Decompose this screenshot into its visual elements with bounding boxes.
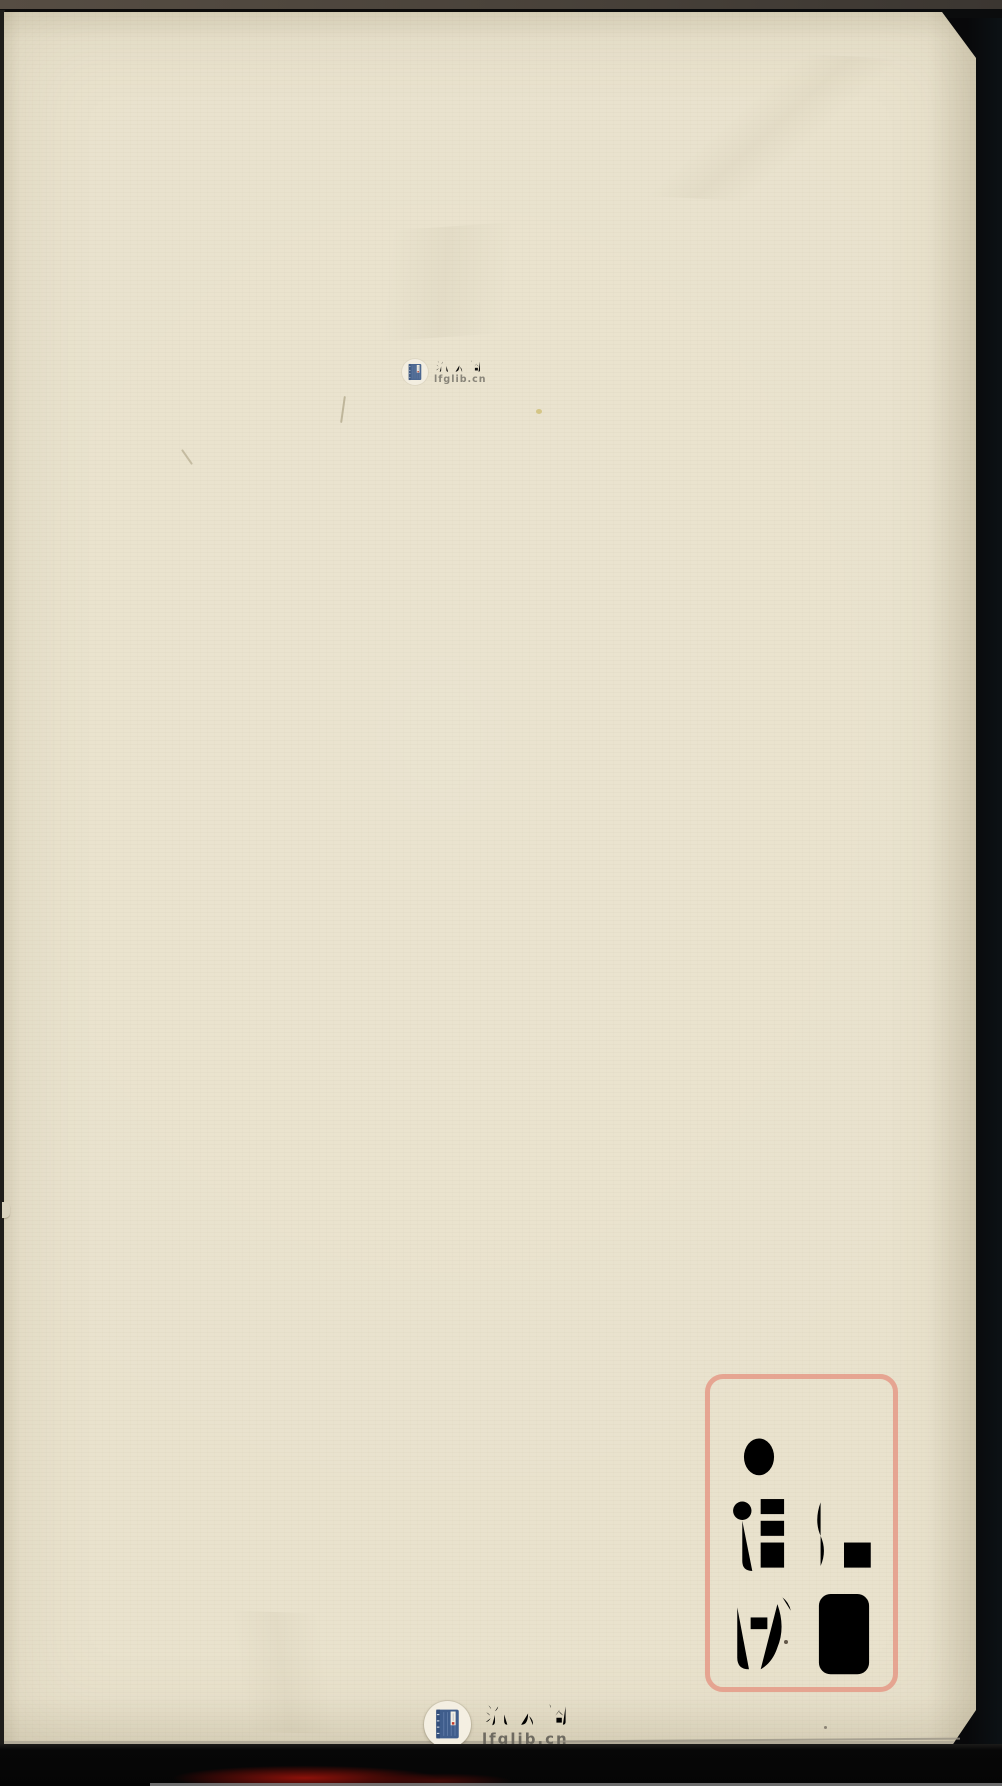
seal-char-guan-glyph <box>719 1484 799 1581</box>
char-liu-glyph <box>482 1700 509 1729</box>
watermark-badge <box>402 359 428 385</box>
paper-crease <box>62 1605 486 1740</box>
library-collection-seal: 上海圖書館藏 書館藏 上海圖 <box>705 1374 898 1692</box>
watermark-texts: 流芳阁 lfglib.cn <box>482 1700 571 1748</box>
watermark-site-name: 流芳阁 <box>482 1700 571 1729</box>
seal-column-left: 書館藏 <box>716 1384 802 1682</box>
paper-speck <box>536 409 542 414</box>
seal-char-cang-glyph <box>719 1584 799 1681</box>
scanned-book-page: 流芳阁 lfglib.cn 上海圖書館藏 書館藏 上海圖 <box>0 0 1002 1786</box>
page-edge-notch <box>2 1202 10 1218</box>
watermark-site-url: lfglib.cn <box>434 374 487 385</box>
char-liu-glyph <box>434 358 449 374</box>
char-fang-glyph <box>451 358 466 374</box>
watermark-texts: 流芳阁 lfglib.cn <box>434 358 487 385</box>
char-ge-glyph <box>544 1700 571 1729</box>
seal-char-shang-glyph <box>804 1385 884 1482</box>
watermark-badge <box>424 1701 471 1748</box>
seal-char-tu-glyph <box>804 1584 884 1681</box>
stitched-book-icon <box>408 363 422 381</box>
watermark-site-name: 流芳阁 <box>434 358 487 374</box>
paper-crease <box>161 208 727 357</box>
seal-char-hai-glyph <box>804 1484 884 1581</box>
paper-speck <box>824 1726 827 1729</box>
paper-crease <box>590 43 937 211</box>
stitched-book-icon <box>435 1708 460 1740</box>
seal-char-shu-glyph <box>719 1385 799 1482</box>
seal-column-right: 上海圖 <box>802 1384 888 1682</box>
char-fang-glyph <box>513 1700 540 1729</box>
book-cover-bottom-band <box>0 1744 1002 1786</box>
char-ge-glyph <box>468 358 483 374</box>
site-watermark-bottom: 流芳阁 lfglib.cn <box>424 1700 571 1748</box>
site-watermark-mid: 流芳阁 lfglib.cn <box>402 358 487 385</box>
